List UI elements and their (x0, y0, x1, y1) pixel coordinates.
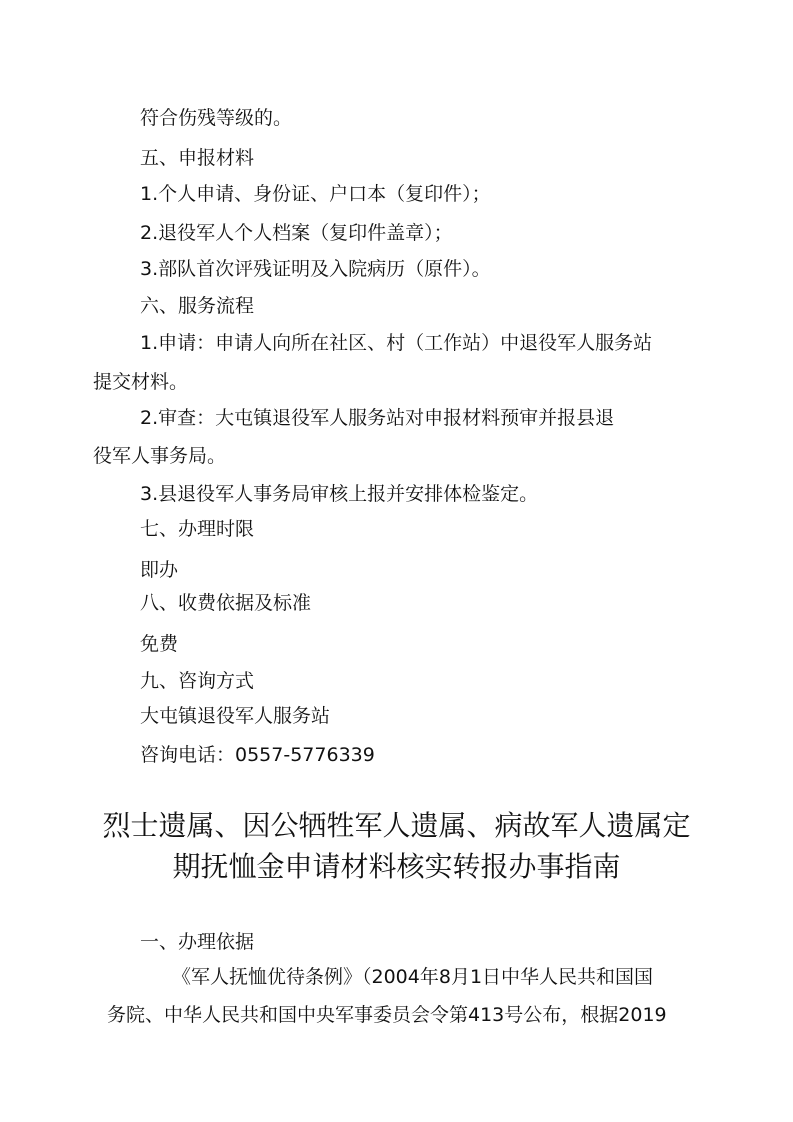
guide-title-line2: 期抚恤金申请材料核实转报办事指南 (0, 849, 793, 885)
time-limit-heading: 七、办理时限 (140, 517, 254, 541)
process-step3: 3.县退役军人事务局审核上报并安排体检鉴定。 (140, 482, 538, 506)
basis-line2: 务院、中华人民共和国中央军事委员会令第413号公布，根据2019 (107, 1003, 667, 1027)
process-step2-line1: 2.审查：大屯镇退役军人服务站对申报材料预审并报县退 (140, 406, 614, 430)
materials-item-3: 3.部队首次评残证明及入院病历（原件）。 (140, 257, 491, 281)
fees-heading: 八、收费依据及标准 (140, 591, 311, 615)
guide-title-line1: 烈士遗属、因公牺牲军人遗属、病故军人遗属定 (0, 808, 793, 844)
process-step1-line1: 1.申请：申请人向所在社区、村（工作站）中退役军人服务站 (140, 331, 652, 355)
continuation-text: 符合伤残等级的。 (140, 106, 292, 130)
contact-org: 大屯镇退役军人服务站 (140, 704, 330, 728)
fees-value: 免费 (140, 632, 178, 656)
materials-item-2: 2.退役军人个人档案（复印件盖章）； (140, 221, 453, 245)
materials-heading: 五、申报材料 (140, 146, 254, 170)
process-step1-line2: 提交材料。 (93, 370, 188, 394)
basis-heading: 一、办理依据 (140, 930, 254, 954)
process-step2-line2: 役军人事务局。 (93, 444, 226, 468)
basis-line1: 《军人抚恤优待条例》（2004年8月1日中华人民共和国国 (172, 965, 653, 989)
contact-phone: 咨询电话：0557-5776339 (140, 743, 375, 767)
materials-item-1: 1.个人申请、身份证、户口本（复印件）； (140, 182, 491, 206)
time-limit-value: 即办 (140, 558, 178, 582)
process-heading: 六、服务流程 (140, 294, 254, 318)
contact-heading: 九、咨询方式 (140, 669, 254, 693)
